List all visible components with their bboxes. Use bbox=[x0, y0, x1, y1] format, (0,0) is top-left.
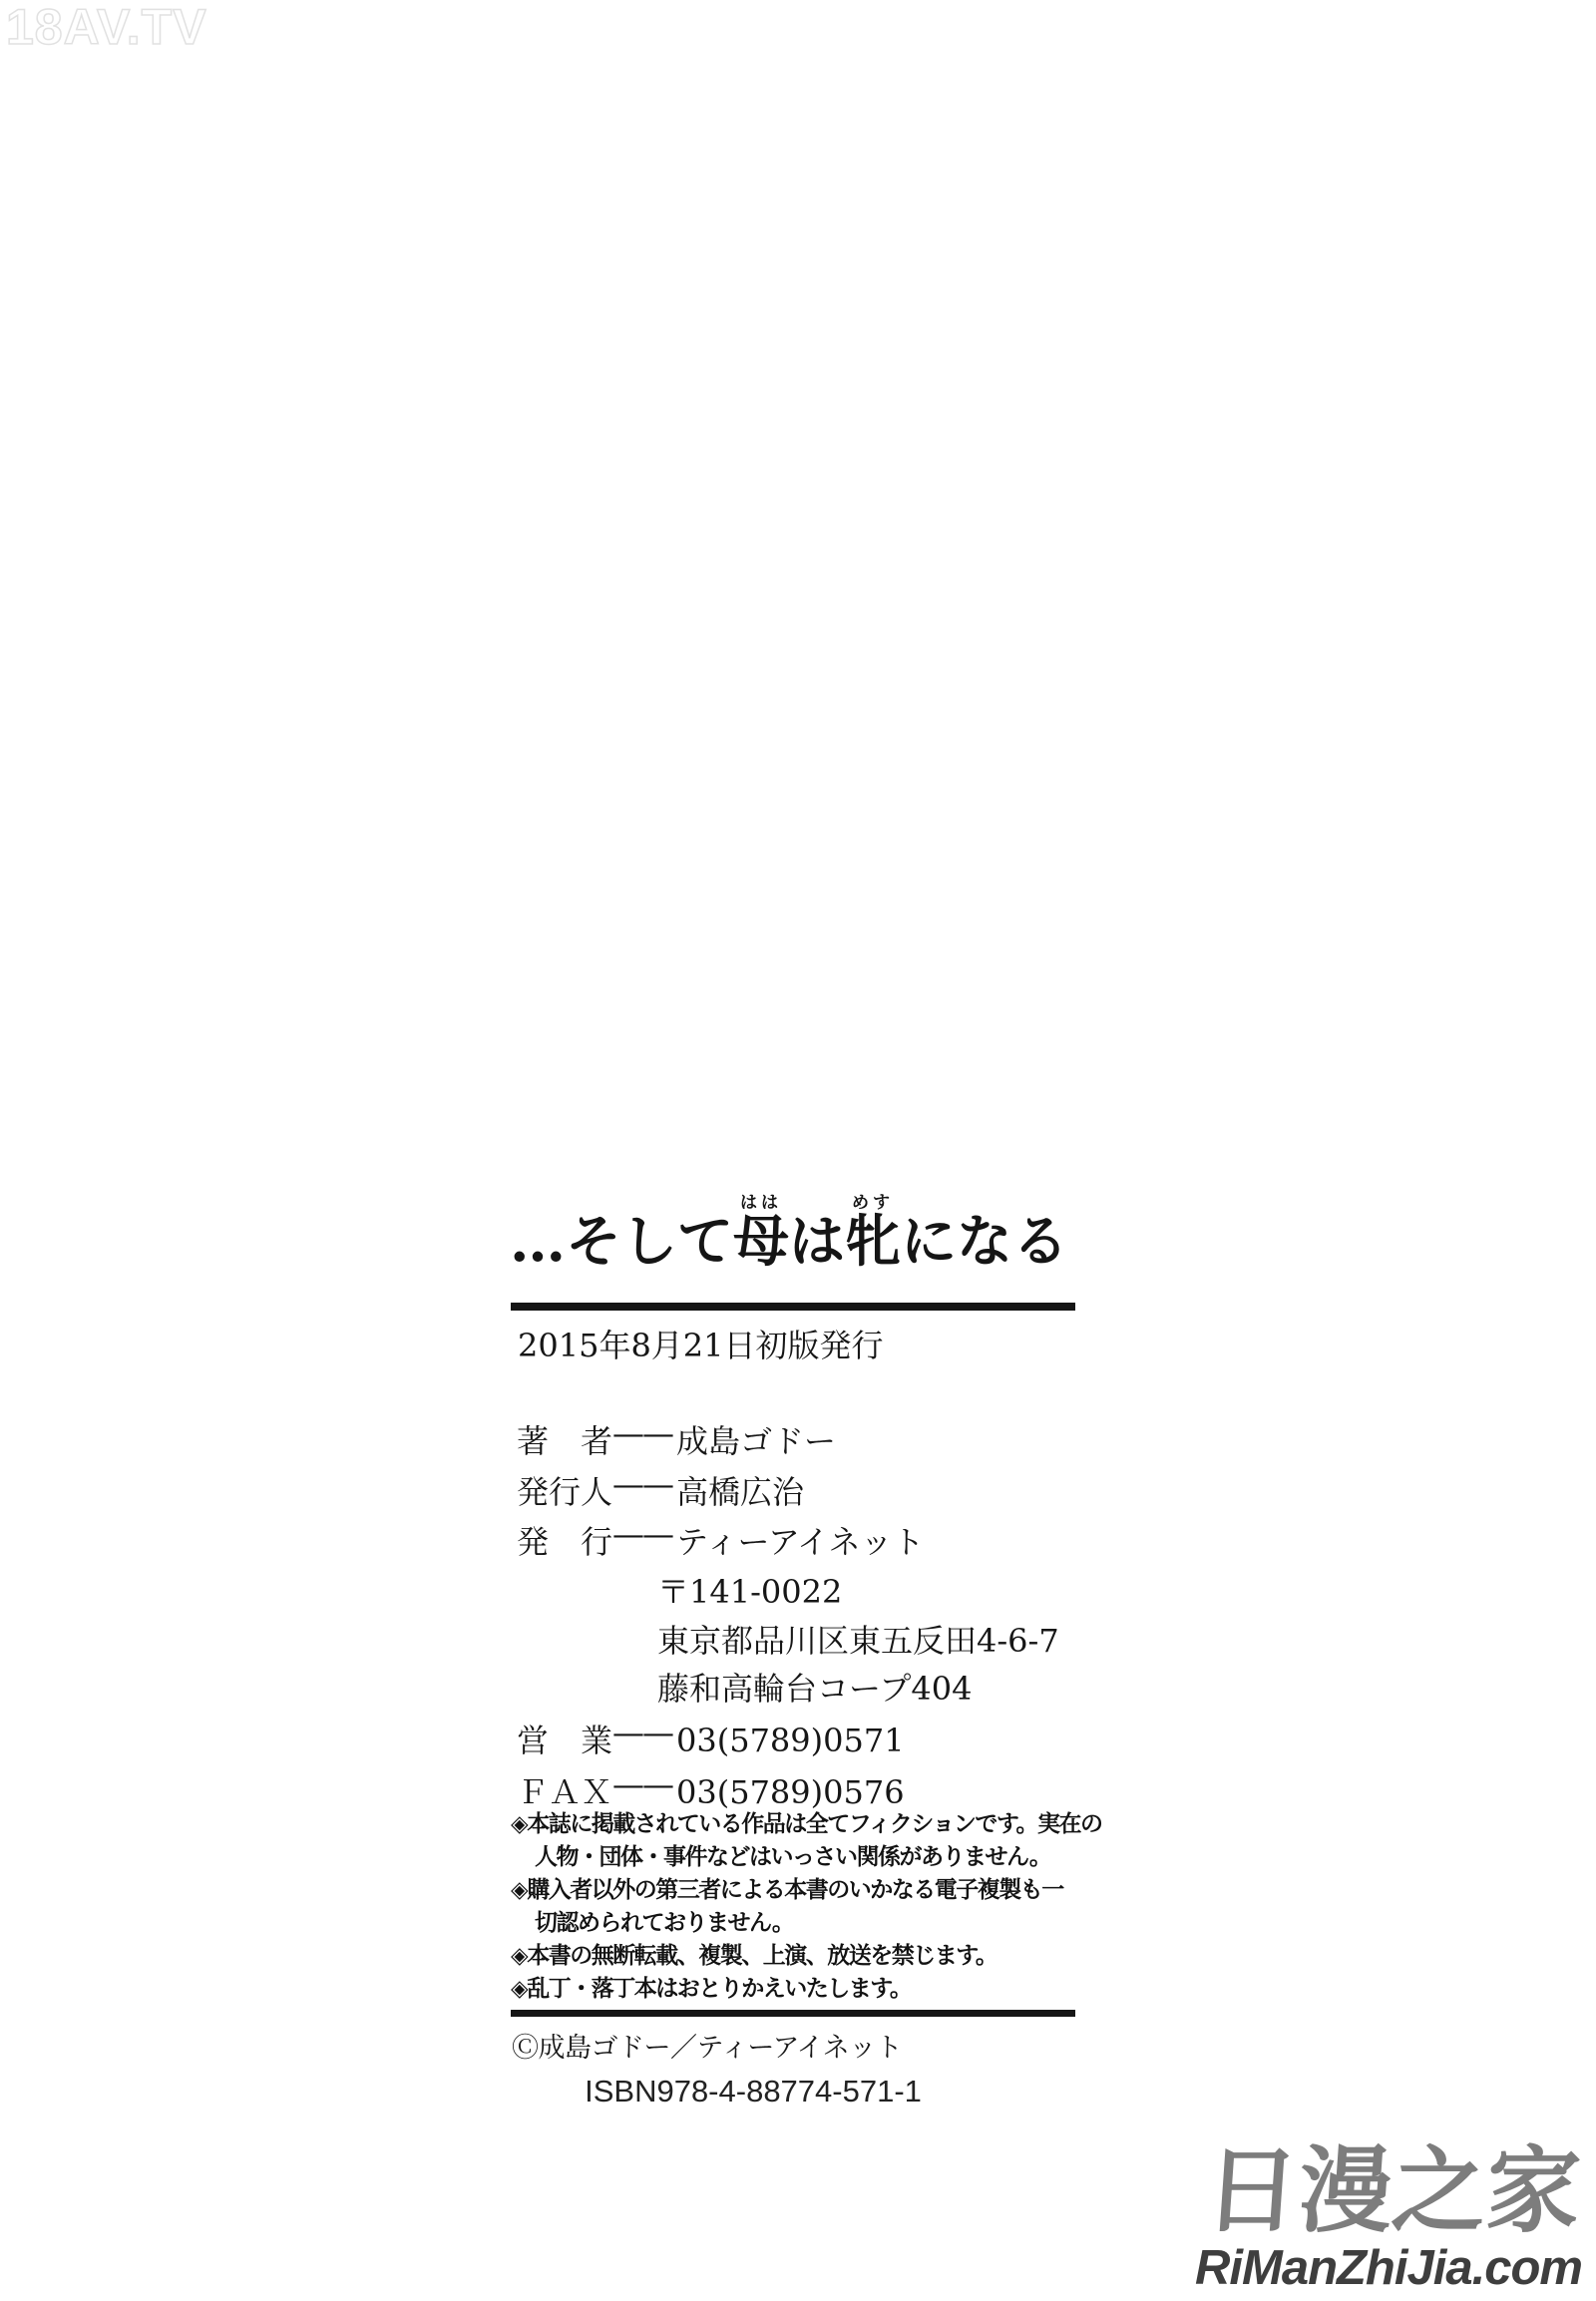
isbn-number: ISBN978-4-88774-571-1 bbox=[471, 2074, 1035, 2109]
furigana-haha: はは bbox=[733, 1193, 789, 1213]
credit-row-author: 著 者——成島ゴドー bbox=[517, 1414, 836, 1462]
title-ruby-haha: 母はは bbox=[733, 1209, 789, 1275]
scanned-colophon-page: { "watermarks": { "top_left": "18AV.TV",… bbox=[0, 0, 1596, 2301]
credit-value: ティーアイネット bbox=[676, 1523, 925, 1561]
title-divider-rule bbox=[511, 1303, 1075, 1311]
publisher-postal-code: 〒141-0022 bbox=[657, 1567, 842, 1613]
publisher-address-line1: 東京都品川区東五反田4-6-7 bbox=[657, 1616, 1059, 1662]
title-segment: は bbox=[789, 1209, 845, 1275]
copyright-line: Ⓒ成島ゴドー／ティーアイネット bbox=[512, 2026, 902, 2065]
credit-value: 成島ゴドー bbox=[676, 1422, 836, 1460]
contact-label: 営 業 bbox=[517, 1716, 612, 1761]
edition-date: 2015年8月21日初版発行 bbox=[518, 1321, 884, 1366]
credit-row-issuer: 発 行——ティーアイネット bbox=[517, 1515, 925, 1563]
footer-divider-rule bbox=[511, 2010, 1075, 2017]
title-segment: …そして bbox=[510, 1209, 733, 1275]
watermark-site-domain: RiManZhiJia.com bbox=[1195, 2240, 1582, 2296]
book-title: …そして母ははは牝めすになる bbox=[510, 1193, 1108, 1281]
contact-row-fax: ＦＡＸ——03(5789)0576 bbox=[517, 1765, 905, 1813]
notice-line: 切認められておりません。 bbox=[511, 1907, 1149, 1940]
contact-value: 03(5789)0571 bbox=[676, 1722, 905, 1759]
watermark-18av-tv: 18AV.TV bbox=[6, 0, 207, 56]
credit-label: 発行人 bbox=[517, 1467, 612, 1513]
leader-dash: —— bbox=[612, 1714, 676, 1751]
credit-label: 著 者 bbox=[517, 1416, 612, 1462]
notice-line: ◈本書の無断転載、複製、上演、放送を禁じます。 bbox=[511, 1940, 1149, 1973]
furigana-mesu: めす bbox=[845, 1193, 901, 1213]
contact-label: ＦＡＸ bbox=[517, 1767, 612, 1813]
title-segment: になる bbox=[901, 1209, 1068, 1275]
leader-dash: —— bbox=[612, 1414, 676, 1452]
legal-notices: ◈本誌に掲載されている作品は全てフィクションです。実在の 人物・団体・事件などは… bbox=[511, 1808, 1149, 2006]
notice-line: ◈乱丁・落丁本はおとりかえいたします。 bbox=[511, 1973, 1149, 2006]
title-ruby-mesu: 牝めす bbox=[845, 1209, 901, 1275]
credit-value: 高橋広治 bbox=[676, 1473, 804, 1511]
leader-dash: —— bbox=[612, 1465, 676, 1503]
notice-line: ◈購入者以外の第三者による本書のいかなる電子複製も一 bbox=[511, 1874, 1149, 1907]
contact-row-sales: 営 業——03(5789)0571 bbox=[517, 1714, 905, 1761]
leader-dash: —— bbox=[612, 1515, 676, 1553]
contact-value: 03(5789)0576 bbox=[676, 1773, 905, 1811]
leader-dash: —— bbox=[612, 1765, 676, 1803]
publisher-address-line2: 藤和高輪台コープ404 bbox=[657, 1664, 972, 1710]
notice-line: 人物・団体・事件などはいっさい関係がありません。 bbox=[511, 1841, 1149, 1874]
notice-line: ◈本誌に掲載されている作品は全てフィクションです。実在の bbox=[511, 1808, 1149, 1841]
credit-row-publisher: 発行人——高橋広治 bbox=[517, 1465, 804, 1513]
watermark-site-name: 日漫之家 bbox=[1201, 2140, 1583, 2243]
credit-label: 発 行 bbox=[517, 1517, 612, 1563]
